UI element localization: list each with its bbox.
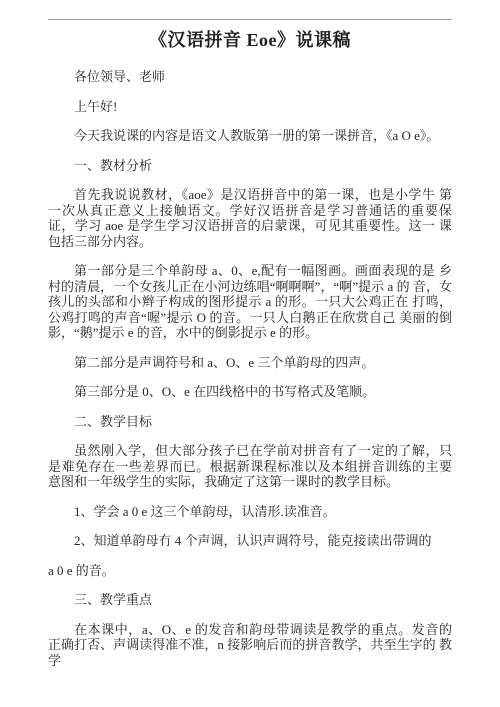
page-title: 《汉语拼音 Eoe》说课稿	[48, 26, 452, 52]
section-heading-teaching-focus: 三、教学重点	[48, 592, 452, 608]
paragraph-goals-overview: 虽然刚入学，但大部分孩子已在学前对拼音有了一定的了解，只 是难免存在一些差界而已…	[48, 443, 452, 490]
paragraph-salutation: 上午好!	[48, 99, 452, 115]
paragraph-goal-1: 1、学会 a 0 e 这三个单韵母，认清形.读准音。	[48, 504, 452, 520]
document-page: 《汉语拼音 Eoe》说课稿 各位领导、老师 上午好! 今天我说课的内容是语文人教…	[0, 0, 500, 707]
paragraph-focus-overview: 在本课中，a、O、e 的发音和韵母带调读是教学的重点。发音的 正确打否、声调读得…	[48, 622, 452, 669]
paragraph-part-two: 第二部分是声调符号和 a、O、e 三个单韵母的四声。	[48, 355, 452, 371]
section-heading-teaching-goals: 二、教学目标	[48, 414, 452, 430]
paragraph-goal-2: 2、知道单韵母冇 4 个声调，认识声调符号，能克接读出带调的	[48, 533, 452, 549]
section-heading-material-analysis: 一、教材分析	[48, 158, 452, 174]
paragraph-intro: 今天我说课的内容是语文人教版第一册的第一课拼音，《a O e》。	[48, 128, 452, 144]
paragraph-greeting: 各位领导、老师	[48, 69, 452, 85]
header-rule	[48, 19, 452, 20]
paragraph-part-one: 第一部分是三个单韵母 a、0、e,配有一幅图画。画面表现的是 乡村的清晨，一个女…	[48, 263, 452, 341]
paragraph-material-overview: 首先我说说教材，《aoe》是汉语拼音中的第一课，也是小学牛 第一次从真正意义上接…	[48, 187, 452, 249]
document-body: 《汉语拼音 Eoe》说课稿 各位领导、老师 上午好! 今天我说课的内容是语文人教…	[48, 26, 452, 682]
paragraph-goal-2-continued: a 0 e 的音。	[48, 563, 452, 579]
paragraph-part-three: 第三部分是 0、O、e 在四线格中的书写格式及笔顺。	[48, 384, 452, 400]
